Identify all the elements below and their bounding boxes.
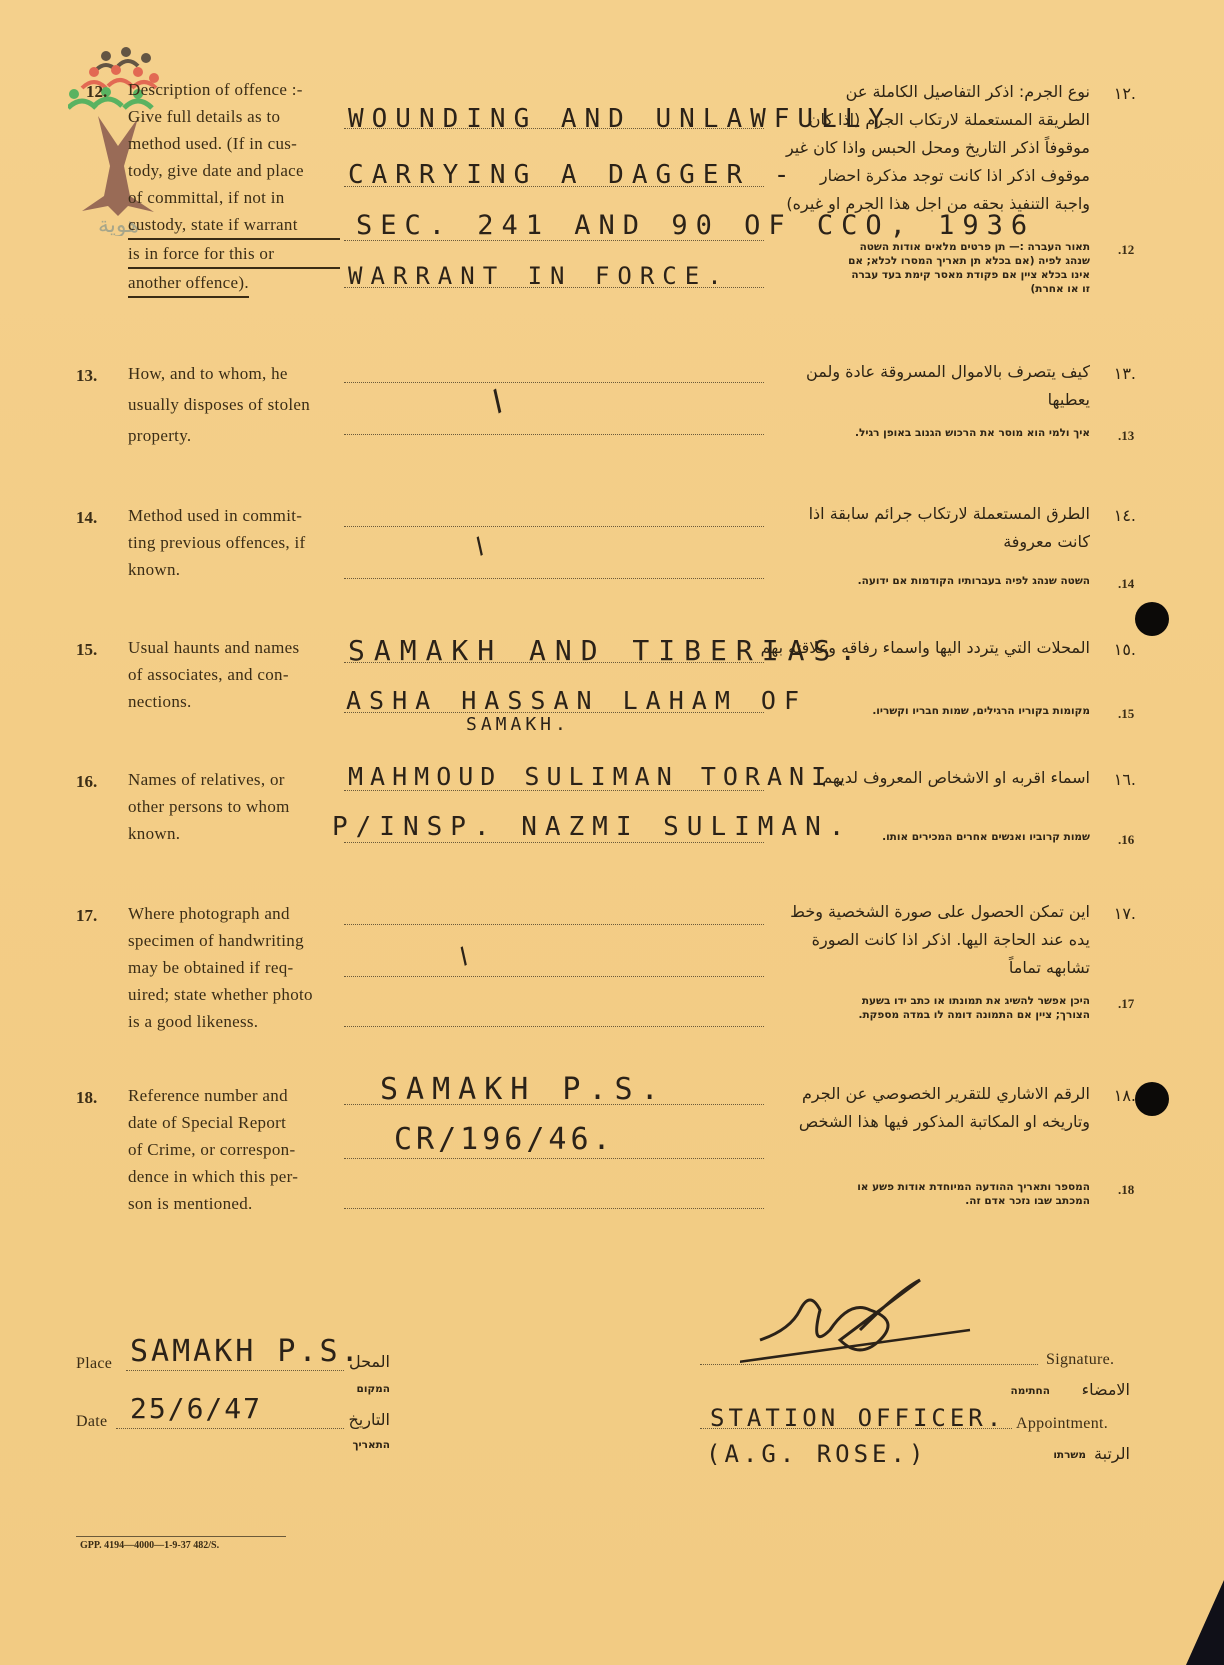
arabic-line: الرقم الاشاري للتقرير الخصوصي عن الجرم	[760, 1080, 1090, 1108]
label-line: Description of offence :-	[128, 76, 340, 103]
item-16-arabic-number: .١٦	[1096, 766, 1136, 794]
arabic-line: الطريقة المستعملة لارتكاب الجرم (اذا كان	[760, 106, 1090, 134]
hebrew-line: תאור העברה :— תן פרטים מלאים אודות השטה	[760, 240, 1090, 254]
item-15-answer-line-2: ASHA HASSAN LAHAM OF	[346, 686, 807, 715]
date-line	[116, 1428, 344, 1429]
place-line	[126, 1370, 344, 1371]
label-line: known.	[128, 556, 343, 583]
label-line: Reference number and	[128, 1082, 343, 1109]
place-arabic: المحل	[350, 1348, 390, 1376]
answer-line	[344, 842, 764, 843]
item-14-hebrew: השטה שנהג לפיה בעברותיו הקודמות אם ידועה…	[760, 574, 1090, 588]
label-line: son is mentioned.	[128, 1190, 343, 1217]
punch-hole	[1135, 1082, 1169, 1116]
item-15-arabic: المحلات التي يتردد اليها واسماء رفاقه وع…	[760, 634, 1090, 662]
print-code: GPP. 4194—4000—1-9-37 482/S.	[80, 1540, 219, 1551]
signature-label: Signature.	[1046, 1346, 1114, 1373]
arabic-line: كيف يتصرف بالاموال المسروقة عادة ولمن	[760, 358, 1090, 386]
label-line: date of Special Report	[128, 1109, 343, 1136]
label-line: of Crime, or correspon-	[128, 1136, 343, 1163]
item-12-hebrew-number: .12	[1118, 242, 1134, 258]
item-18-number: 18.	[76, 1088, 97, 1108]
label-line: custody, state if warrant	[128, 211, 340, 240]
arabic-line: يده عند الحاجة اليها. اذكر اذا كانت الصو…	[760, 926, 1090, 954]
label-line: Names of relatives, or	[128, 766, 343, 793]
hebrew-line: שנהג לפיה (אם בכלא תן תאריך המסרו לכלא; …	[760, 254, 1090, 268]
item-14-hebrew-number: .14	[1118, 576, 1134, 592]
label-line: is in force for this or	[128, 240, 340, 269]
appointment-label: Appointment.	[1016, 1410, 1108, 1437]
item-18-answer-line-2: CR/196/46.	[394, 1122, 615, 1157]
label-line: usually disposes of stolen	[128, 391, 343, 418]
answer-line	[344, 976, 764, 977]
item-18-label: Reference number and date of Special Rep…	[128, 1082, 343, 1217]
appointment-hebrew: משרתו	[1030, 1448, 1086, 1462]
item-16-label: Names of relatives, or other persons to …	[128, 766, 343, 847]
signature-hebrew: החתימה	[990, 1384, 1050, 1398]
item-16-arabic: اسماء اقربه او الاشخاص المعروف لديهم	[760, 764, 1090, 792]
place-value: SAMAKH P.S.	[130, 1334, 362, 1369]
appointment-arabic: الرتبة	[1090, 1440, 1130, 1468]
label-line: another offence).	[128, 269, 249, 298]
item-16-hebrew-number: .16	[1118, 832, 1134, 848]
item-15-label: Usual haunts and names of associates, an…	[128, 634, 343, 715]
item-17-arabic: اين تمكن الحصول على صورة الشخصية وخط يده…	[760, 898, 1090, 982]
label-line: is a good likeness.	[128, 1008, 343, 1035]
item-14-number: 14.	[76, 508, 97, 528]
label-line: method used. (If in cus-	[128, 130, 340, 157]
item-18-arabic: الرقم الاشاري للتقرير الخصوصي عن الجرم و…	[760, 1080, 1090, 1136]
label-line: Method used in commit-	[128, 502, 343, 529]
label-line: ting previous offences, if	[128, 529, 343, 556]
item-16-number: 16.	[76, 772, 97, 792]
appointment-value: STATION OFFICER.	[710, 1404, 1005, 1432]
document-page: هوية 12. Description of offence :- Give …	[0, 0, 1224, 1665]
arabic-line: موقوف اذكر اذا كانت توجد مذكرة احضار	[760, 162, 1090, 190]
arabic-line: واجبة التنفيذ بحقه من اجل هذا الجرم او غ…	[760, 190, 1090, 218]
item-13-answer-mark: /	[484, 384, 509, 418]
hebrew-line: היכן אפשר להשיג את תמונתו או כתב ידו בשע…	[760, 994, 1090, 1008]
item-17-hebrew: היכן אפשר להשיג את תמונתו או כתב ידו בשע…	[760, 994, 1090, 1022]
item-17-label: Where photograph and specimen of handwri…	[128, 900, 343, 1035]
item-17-number: 17.	[76, 906, 97, 926]
label-line: known.	[128, 820, 343, 847]
date-value: 25/6/47	[130, 1392, 262, 1425]
arabic-line: نوع الجرم: اذكر التفاصيل الكاملة عن	[760, 78, 1090, 106]
answer-line	[344, 434, 764, 435]
item-13-arabic: كيف يتصرف بالاموال المسروقة عادة ولمن يع…	[760, 358, 1090, 414]
item-12-arabic-number: .١٢	[1096, 80, 1136, 108]
label-line: of associates, and con-	[128, 661, 343, 688]
date-label: Date	[76, 1408, 107, 1435]
label-line: nections.	[128, 688, 343, 715]
arabic-line: تشابهه تماماً	[760, 954, 1090, 982]
item-15-number: 15.	[76, 640, 97, 660]
item-18-hebrew-number: .18	[1118, 1182, 1134, 1198]
item-12-arabic: نوع الجرم: اذكر التفاصيل الكاملة عن الطر…	[760, 78, 1090, 218]
arabic-line: كانت معروفة	[760, 528, 1090, 556]
label-line: specimen of handwriting	[128, 927, 343, 954]
answer-line	[344, 924, 764, 925]
item-16-hebrew: שמות קרוביו ואנשים אחרים המכירים אותו.	[760, 830, 1090, 844]
item-12-answer-line-4: WARRANT IN FORCE.	[348, 262, 730, 290]
item-17-hebrew-number: .17	[1118, 996, 1134, 1012]
label-line: property.	[128, 422, 343, 449]
item-15-hebrew-number: .15	[1118, 706, 1134, 722]
arabic-line: اين تمكن الحصول على صورة الشخصية وخط	[760, 898, 1090, 926]
signature-line	[700, 1364, 1038, 1365]
hebrew-line: זו או אחרת)	[760, 282, 1090, 296]
item-18-arabic-number: .١٨	[1096, 1082, 1136, 1110]
item-13-number: 13.	[76, 366, 97, 386]
hebrew-line: הצורך; ציין אם התמונה דומה לו במדה מספקת…	[760, 1008, 1090, 1022]
item-13-label: How, and to whom, he usually disposes of…	[128, 360, 343, 449]
place-label: Place	[76, 1350, 112, 1377]
place-hebrew: המקום	[340, 1382, 390, 1396]
item-12-hebrew: תאור העברה :— תן פרטים מלאים אודות השטה …	[760, 240, 1090, 296]
label-line: may be obtained if req-	[128, 954, 343, 981]
item-17-arabic-number: .١٧	[1096, 900, 1136, 928]
answer-line	[344, 382, 764, 383]
answer-line	[344, 1026, 764, 1027]
item-15-answer-line-3: SAMAKH.	[466, 714, 570, 735]
label-line: Give full details as to	[128, 103, 340, 130]
print-code-rule	[76, 1536, 286, 1537]
item-12-answer-line-2: CARRYING A DAGGER -	[348, 160, 797, 190]
item-15-arabic-number: .١٥	[1096, 636, 1136, 664]
item-18-answer-line-1: SAMAKH P.S.	[380, 1072, 667, 1107]
appointment-name: (A.G. ROSE.)	[706, 1440, 927, 1468]
punch-hole	[1135, 602, 1169, 636]
label-line: uired; state whether photo	[128, 981, 343, 1008]
arabic-line: الطرق المستعملة لارتكاب جرائم سابقة اذا	[760, 500, 1090, 528]
signature-arabic: الامضاء	[1060, 1376, 1130, 1404]
item-15-hebrew: מקומות בקוריו הרגילים, שמות חבריו וקשריו…	[760, 704, 1090, 718]
hebrew-line: המספר ותאריך ההודעה המיוחדת אודות פשע או	[760, 1180, 1090, 1194]
date-arabic: التاريخ	[340, 1406, 390, 1434]
label-line: How, and to whom, he	[128, 360, 343, 387]
item-17-answer-mark: /	[454, 944, 473, 970]
date-hebrew: התאריך	[340, 1438, 390, 1452]
item-13-hebrew: איך ולמי הוא מוסר את הרכוש הגנוב באופן ר…	[760, 426, 1090, 440]
item-12-label: Description of offence :- Give full deta…	[128, 76, 340, 298]
label-line: Usual haunts and names	[128, 634, 343, 661]
answer-line	[344, 1208, 764, 1209]
item-14-label: Method used in commit- ting previous off…	[128, 502, 343, 583]
arabic-line: يعطيها	[760, 386, 1090, 414]
hebrew-line: המכתב שבו נזכר אדם זה.	[760, 1194, 1090, 1208]
scan-corner-shadow	[1186, 1580, 1224, 1665]
answer-line	[344, 1158, 764, 1159]
item-13-arabic-number: .١٣	[1096, 360, 1136, 388]
item-14-answer-mark: /	[470, 534, 489, 560]
label-line: tody, give date and place	[128, 157, 340, 184]
arabic-line: موقوفاً اذكر التاريخ ومحل الحبس واذا كان…	[760, 134, 1090, 162]
item-14-arabic-number: .١٤	[1096, 502, 1136, 530]
label-line: dence in which this per-	[128, 1163, 343, 1190]
item-18-hebrew: המספר ותאריך ההודעה המיוחדת אודות פשע או…	[760, 1180, 1090, 1208]
hebrew-line: אינו בכלא ציין אם פקודת מאסר קימת בעד עב…	[760, 268, 1090, 282]
arabic-line: وتاريخه او المكاتبة المذكور فيها هذا الش…	[760, 1108, 1090, 1136]
item-12-number: 12.	[86, 82, 107, 102]
answer-line	[344, 578, 764, 579]
label-line: of committal, if not in	[128, 184, 340, 211]
item-14-arabic: الطرق المستعملة لارتكاب جرائم سابقة اذا …	[760, 500, 1090, 556]
label-line: Where photograph and	[128, 900, 343, 927]
answer-line	[344, 526, 764, 527]
label-line: other persons to whom	[128, 793, 343, 820]
signature-scribble	[740, 1270, 1000, 1370]
item-13-hebrew-number: .13	[1118, 428, 1134, 444]
